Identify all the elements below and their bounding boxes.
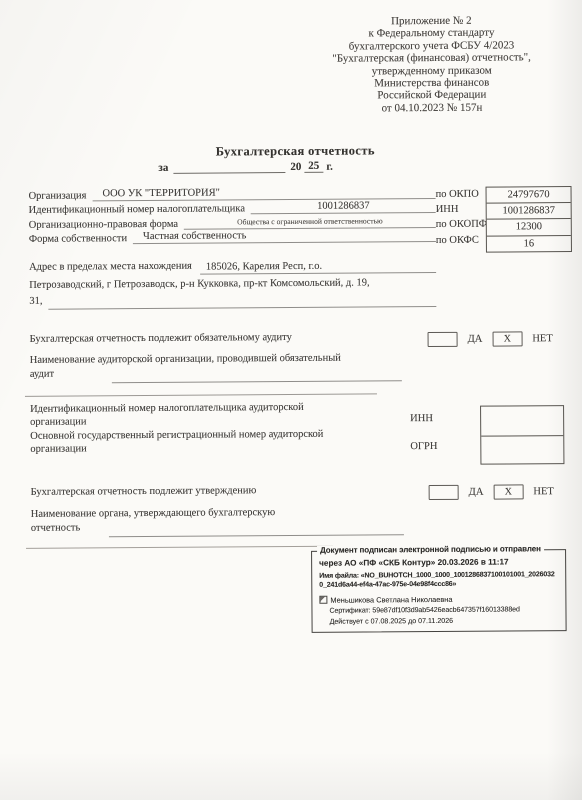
stamp-validity: Действует с 07.08.2025 до 07.11.2026 [330, 616, 559, 626]
address-value-line3: 31, [29, 294, 42, 310]
auditor-codes-section: Идентификационный номер налогоплательщик… [30, 399, 567, 456]
org-inn-value: 1001286837 [251, 199, 436, 214]
org-legal-form-value: Общества с ограниченной ответственностью [184, 214, 436, 230]
year-value: 25 [304, 160, 323, 173]
regulation-note-line: от 04.10.2023 № 157н [294, 101, 570, 115]
form-title: Бухгалтерская отчетность [0, 142, 582, 161]
period-for-label: за [158, 162, 168, 174]
report-period-row: за 20 25 г. [158, 160, 358, 174]
inn-value: 1001286837 [487, 202, 571, 219]
stamp-signer-row: Меньшикова Светлана Николаевна [319, 594, 558, 605]
org-inn-label: Идентификационный номер налогоплательщик… [29, 204, 245, 217]
regulation-note: Приложение № 2 к Федеральному стандарту … [293, 14, 570, 115]
org-name-value: ООО УК "ТЕРРИТОРИЯ" [92, 185, 435, 201]
auditor-inn-code-label: ИНН [410, 412, 433, 425]
code-labels-column: по ОКПО ИНН по ОКОПФ по ОКФС [436, 187, 486, 248]
approval-yes-no-group: ДА X НЕТ [429, 484, 554, 500]
signature-stamp: Документ подписан электронной подписью и… [311, 549, 567, 632]
address-label: Адрес в пределах места нахождения [29, 259, 192, 276]
okpo-label: по ОКПО [436, 187, 486, 203]
auditor-codes-box [480, 405, 564, 465]
stamp-certificate: Сертификат: 59e87df10f3d9ab5426eacb64735… [329, 605, 558, 615]
auditor-inn-label: Идентификационный номер налогоплательщик… [30, 401, 320, 429]
scanned-page: Приложение № 2 к Федеральному стандарту … [0, 0, 582, 800]
audit-yes-label: ДА [468, 333, 483, 346]
org-ownership-row: Форма собственности Частная собственност… [29, 228, 436, 245]
audit-no-checkbox: X [492, 331, 522, 346]
org-legal-form-label: Организационно-правовая форма [29, 219, 178, 231]
auditor-ogrn-label: Основной государственный регистрационный… [30, 428, 330, 456]
year-century: 20 [290, 161, 301, 173]
okfs-label: по ОКФС [436, 232, 486, 248]
auditor-ogrn-code-label: ОГРН [410, 440, 437, 453]
address-row: Адрес в пределах места нахождения 185026… [29, 257, 436, 276]
address-section: Адрес в пределах места нахождения 185026… [29, 257, 436, 310]
approval-body-blank-line-2 [26, 546, 333, 549]
auditor-name-blank-line [112, 380, 402, 383]
audit-section: Бухгалтерская отчетность подлежит обязат… [30, 329, 567, 397]
approval-section: Бухгалтерская отчетность подлежит утверж… [31, 482, 568, 549]
year-suffix: г. [326, 161, 333, 173]
address-row-3: 31, [29, 291, 436, 310]
stamp-filename-line2: 0_241d6a44-ef4a-47ac-975e-04e98f4ccc86» [319, 580, 558, 590]
approval-question: Бухгалтерская отчетность подлежит утверж… [31, 483, 411, 499]
approval-body-label: Наименование органа, утверждающего бухга… [31, 506, 311, 535]
auditor-name-blank-line-2 [25, 393, 377, 396]
regulation-note-line: "Бухгалтерская (финансовая) отчетность", [294, 51, 570, 65]
auditor-codes-box-divider [481, 435, 563, 437]
okopf-value: 12300 [487, 218, 571, 235]
address-blank-line [48, 293, 436, 310]
stamp-sent-via: через АО «ПФ «СКБ Контур» 20.03.2026 в 1… [319, 557, 558, 568]
okfs-value: 16 [487, 235, 571, 252]
page-content: Приложение № 2 к Федеральному стандарту … [0, 0, 582, 800]
okpo-value: 24797670 [487, 187, 571, 203]
approval-yes-label: ДА [469, 486, 484, 499]
address-value-line1: 185026, Карелия Респ, г.о. [200, 259, 436, 275]
org-ownership-label: Форма собственности [29, 234, 127, 246]
stamp-title: Документ подписан электронной подписью и… [317, 544, 544, 555]
okopf-label: по ОКОПФ [436, 217, 486, 233]
approval-no-label: НЕТ [533, 485, 554, 498]
auditor-name-label: Наименование аудиторской организации, пр… [30, 351, 365, 380]
stamp-signer-name: Меньшикова Светлана Николаевна [330, 594, 452, 604]
codes-table: 24797670 1001286837 12300 16 [486, 186, 572, 252]
audit-no-label: НЕТ [532, 332, 553, 345]
org-ownership-value: Частная собственность [133, 228, 436, 244]
stamp-filename: Имя файла: «NO_BUHOTCH_1000_1000_1001286… [319, 571, 558, 590]
approval-yes-checkbox [429, 485, 459, 500]
inn-label: ИНН [436, 202, 486, 218]
approval-body-blank-line [109, 534, 404, 537]
audit-yes-no-group: ДА X НЕТ [428, 331, 553, 347]
org-info-rows: Организация ООО УК "ТЕРРИТОРИЯ" Идентифи… [29, 184, 436, 245]
certificate-icon [319, 596, 327, 604]
org-name-label: Организация [29, 190, 87, 201]
approval-no-checkbox: X [493, 484, 523, 499]
audit-yes-checkbox [428, 332, 458, 347]
period-blank-field [173, 160, 285, 174]
audit-question: Бухгалтерская отчетность подлежит обязат… [30, 330, 410, 346]
